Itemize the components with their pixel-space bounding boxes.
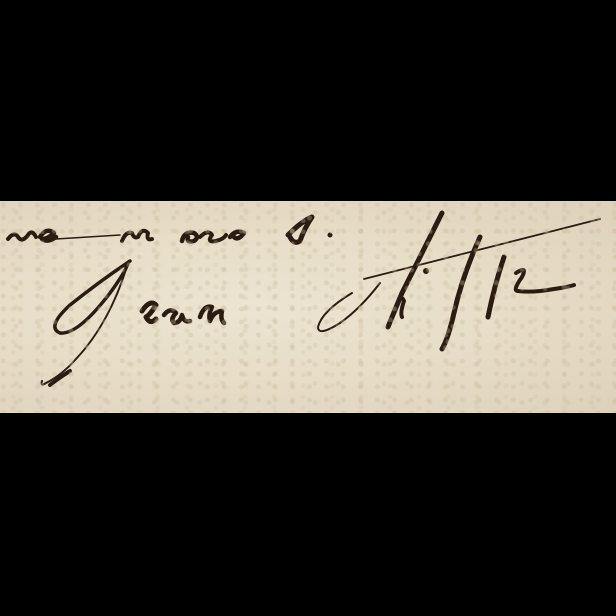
handwriting — [0, 201, 616, 413]
line-1-ink — [8, 217, 333, 242]
signature-pitre-ink — [318, 213, 600, 349]
signature-jean-ink — [42, 261, 225, 385]
manuscript-strip: ...e nous. Jean Pitre — [0, 201, 616, 413]
